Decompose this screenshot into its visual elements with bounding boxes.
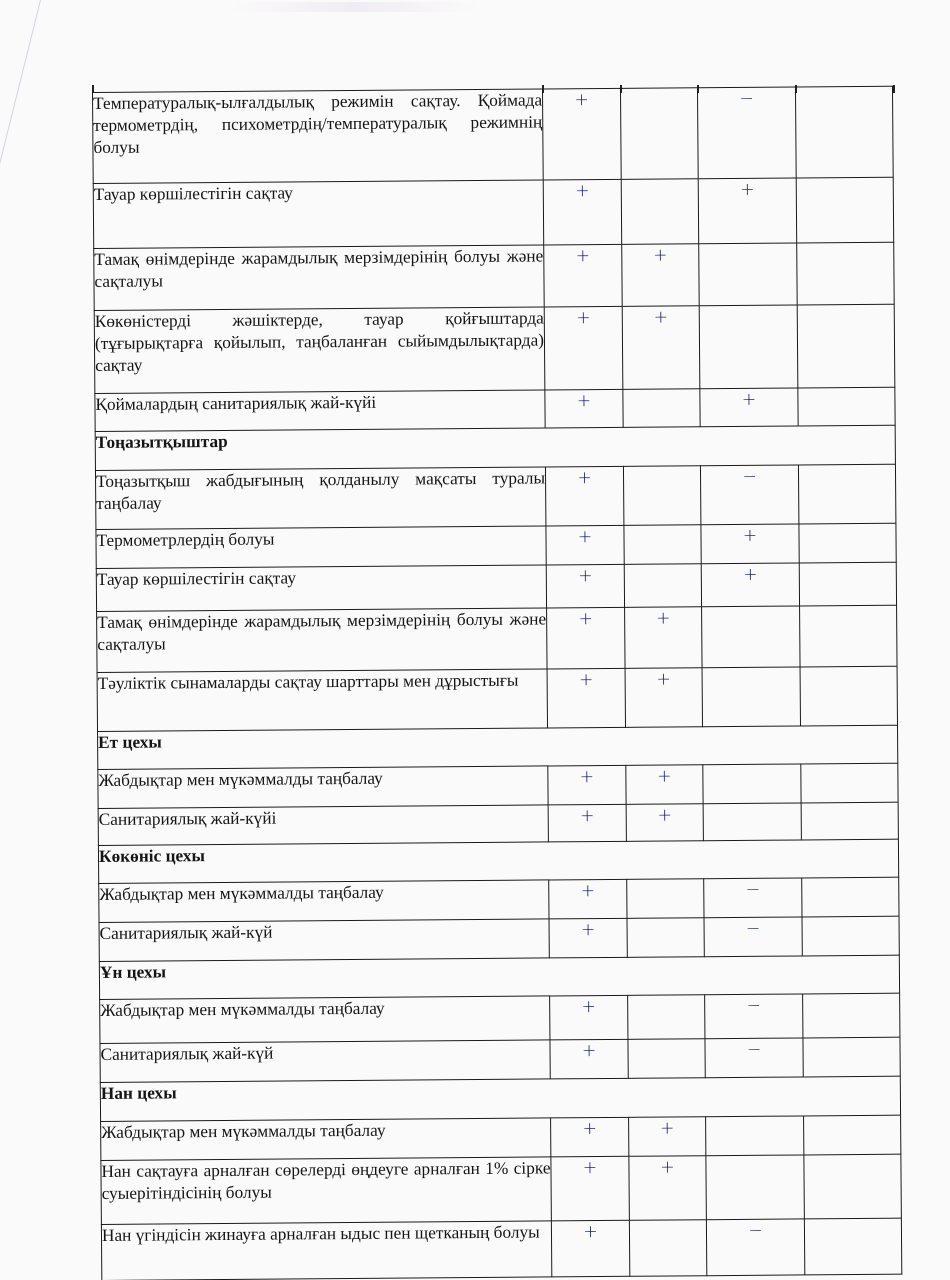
minus-mark: −: [705, 1038, 803, 1078]
empty-mark-cell: [798, 464, 895, 524]
minus-mark: −: [704, 878, 802, 918]
plus-mark: +: [550, 995, 628, 1040]
empty-mark-cell: [624, 564, 701, 608]
empty-mark-cell: [804, 1154, 901, 1219]
column-stub: [893, 85, 895, 93]
minus-mark: −: [705, 994, 803, 1039]
minus-mark: −: [706, 1219, 804, 1276]
plus-mark: +: [542, 88, 621, 180]
checklist-row: Жабдықтар мен мүкәммалды таңбалау+−: [99, 877, 899, 922]
empty-mark-cell: [801, 802, 898, 840]
empty-mark-cell: [699, 243, 797, 306]
empty-mark-cell: [798, 387, 895, 426]
empty-mark-cell: [703, 764, 801, 804]
empty-mark-cell: [803, 1037, 900, 1077]
minus-mark: −: [700, 465, 798, 525]
requirement-text: Көкөністерді жәшіктерде, тауар қойғыштар…: [94, 307, 545, 394]
checklist-row: Тамақ өнімдерінде жарамдылық мерзімдерін…: [94, 242, 894, 310]
plus-mark: +: [698, 178, 797, 244]
plus-mark: +: [626, 765, 703, 805]
section-row: Ет цехы: [98, 725, 898, 769]
requirement-text: Санитариялық жай-күйі: [98, 805, 548, 846]
empty-mark-cell: [804, 1115, 901, 1155]
checklist-row: Тауар көршілестігін сақтау++: [96, 562, 896, 611]
requirement-text: Нан сақтауға арналған сөрелерді өңдеуге …: [101, 1157, 551, 1225]
checklist-row: Тоңазытқыш жабдығының қолданылу мақсаты …: [95, 464, 895, 529]
section-title: Ұн цехы: [99, 955, 899, 999]
requirement-text: Термометрлердің болуы: [96, 526, 546, 569]
empty-mark-cell: [803, 993, 900, 1038]
checklist-row: Санитариялық жай-күйі++: [98, 802, 898, 845]
empty-mark-cell: [706, 1116, 804, 1156]
section-row: Ұн цехы: [99, 955, 899, 999]
plus-mark: +: [548, 804, 626, 842]
empty-mark-cell: [800, 666, 897, 726]
plus-mark: +: [547, 607, 625, 669]
empty-mark-cell: [801, 763, 898, 803]
requirement-text: Тоңазытқыш жабдығының қолданылу мақсаты …: [95, 467, 545, 530]
plus-mark: +: [551, 1156, 630, 1221]
plus-mark: +: [550, 1039, 628, 1079]
empty-mark-cell: [703, 803, 801, 841]
checklist-row: Температуралық-ылғалдылық режимін сақтау…: [93, 86, 894, 183]
empty-mark-cell: [702, 667, 800, 727]
checklist-row: Көкөністерді жәшіктерде, тауар қойғыштар…: [94, 304, 895, 393]
empty-mark-cell: [628, 995, 705, 1040]
minus-mark: −: [704, 917, 802, 957]
plus-mark: +: [546, 564, 624, 608]
plus-mark: +: [626, 804, 703, 842]
plus-mark: +: [547, 668, 625, 728]
empty-mark-cell: [706, 1155, 804, 1220]
requirement-text: Температуралық-ылғалдылық режимін сақтау…: [93, 89, 544, 184]
plus-mark: +: [700, 388, 798, 427]
requirement-text: Тауар көршілестігін сақтау: [93, 180, 543, 249]
empty-mark-cell: [620, 88, 698, 180]
plus-mark: +: [551, 1117, 629, 1157]
requirement-text: Жабдықтар мен мүкәммалды таңбалау: [101, 1118, 551, 1161]
paper-fold-line: [0, 0, 41, 291]
empty-mark-cell: [699, 305, 798, 389]
section-row: Нан цехы: [100, 1076, 900, 1121]
plus-mark: +: [544, 306, 623, 390]
empty-mark-cell: [624, 525, 701, 565]
checklist-row: Тауар көршілестігін сақтау++: [93, 177, 893, 248]
plus-mark: +: [549, 918, 627, 958]
checklist-row: Жабдықтар мен мүкәммалды таңбалау++: [98, 763, 898, 808]
section-row: Көкөніс цехы: [98, 839, 898, 883]
checklist-row: Тәуліктік сынамаларды сақтау шарттары ме…: [97, 666, 897, 731]
empty-mark-cell: [623, 389, 700, 428]
requirement-text: Тауар көршілестігін сақтау: [96, 565, 546, 612]
plus-mark: +: [625, 607, 702, 669]
empty-mark-cell: [702, 606, 800, 668]
requirement-text: Жабдықтар мен мүкәммалды таңбалау: [99, 880, 549, 923]
plus-mark: +: [701, 524, 799, 564]
plus-mark: +: [543, 179, 622, 245]
checklist-row: Жабдықтар мен мүкәммалды таңбалау++: [101, 1115, 901, 1160]
plus-mark: +: [549, 879, 627, 919]
minus-mark: −: [697, 87, 796, 179]
empty-mark-cell: [802, 916, 899, 956]
empty-mark-cell: [627, 879, 704, 919]
section-row: Тоңазытқыштар: [95, 425, 895, 470]
empty-mark-cell: [796, 177, 894, 243]
empty-mark-cell: [799, 562, 896, 606]
checklist-row: Қоймалардың санитариялық жай-күйі++: [95, 387, 895, 431]
plus-mark: +: [551, 1220, 629, 1277]
checklist-row: Нан үгіндісін жинауға арналған ыдыс пен …: [101, 1218, 901, 1280]
plus-mark: +: [545, 389, 623, 428]
checklist-row: Санитариялық жай-күй+−: [99, 916, 899, 961]
section-title: Нан цехы: [100, 1076, 900, 1121]
bleed-through-text: [230, 2, 480, 12]
empty-mark-cell: [797, 304, 895, 388]
empty-mark-cell: [621, 179, 699, 245]
requirement-text: Нан үгіндісін жинауға арналған ыдыс пен …: [101, 1221, 551, 1280]
empty-mark-cell: [627, 918, 704, 958]
requirement-text: Жабдықтар мен мүкәммалды таңбалау: [98, 766, 548, 809]
plus-mark: +: [545, 466, 623, 526]
checklist-body: Температуралық-ылғалдылық режимін сақтау…: [93, 86, 902, 1280]
inspection-checklist-table: Температуралық-ылғалдылық режимін сақтау…: [92, 86, 902, 1280]
plus-mark: +: [629, 1117, 706, 1157]
plus-mark: +: [622, 244, 699, 307]
empty-mark-cell: [629, 1220, 706, 1277]
empty-mark-cell: [623, 466, 700, 526]
plus-mark: +: [629, 1156, 707, 1221]
empty-mark-cell: [804, 1218, 901, 1275]
checklist-row: Термометрлердің болуы++: [96, 523, 896, 568]
requirement-text: Тәуліктік сынамаларды сақтау шарттары ме…: [97, 669, 547, 732]
plus-mark: +: [701, 563, 799, 607]
section-title: Ет цехы: [98, 725, 898, 769]
requirement-text: Қоймалардың санитариялық жай-күйі: [95, 390, 545, 432]
empty-mark-cell: [802, 877, 899, 917]
requirement-text: Санитариялық жай-күй: [99, 919, 549, 962]
section-title: Көкөніс цехы: [98, 839, 898, 883]
plus-mark: +: [548, 765, 626, 805]
checklist-row: Тамақ өнімдерінде жарамдылық мерзімдерін…: [97, 605, 897, 672]
empty-mark-cell: [795, 86, 893, 178]
empty-mark-cell: [799, 523, 896, 563]
requirement-text: Жабдықтар мен мүкәммалды таңбалау: [100, 996, 550, 1044]
empty-mark-cell: [797, 242, 894, 305]
requirement-text: Санитариялық жай-күй: [100, 1040, 550, 1083]
empty-mark-cell: [800, 605, 897, 667]
checklist-row: Жабдықтар мен мүкәммалды таңбалау+−: [100, 993, 900, 1043]
plus-mark: +: [544, 244, 622, 307]
checklist-row: Нан сақтауға арналған сөрелерді өңдеуге …: [101, 1154, 901, 1224]
empty-mark-cell: [628, 1039, 705, 1079]
checklist-row: Санитариялық жай-күй+−: [100, 1037, 900, 1082]
requirement-text: Тамақ өнімдерінде жарамдылық мерзімдерін…: [97, 608, 547, 673]
plus-mark: +: [625, 668, 702, 728]
section-title: Тоңазытқыштар: [95, 425, 895, 470]
requirement-text: Тамақ өнімдерінде жарамдылық мерзімдерін…: [94, 245, 544, 311]
plus-mark: +: [622, 306, 700, 390]
plus-mark: +: [546, 525, 624, 565]
